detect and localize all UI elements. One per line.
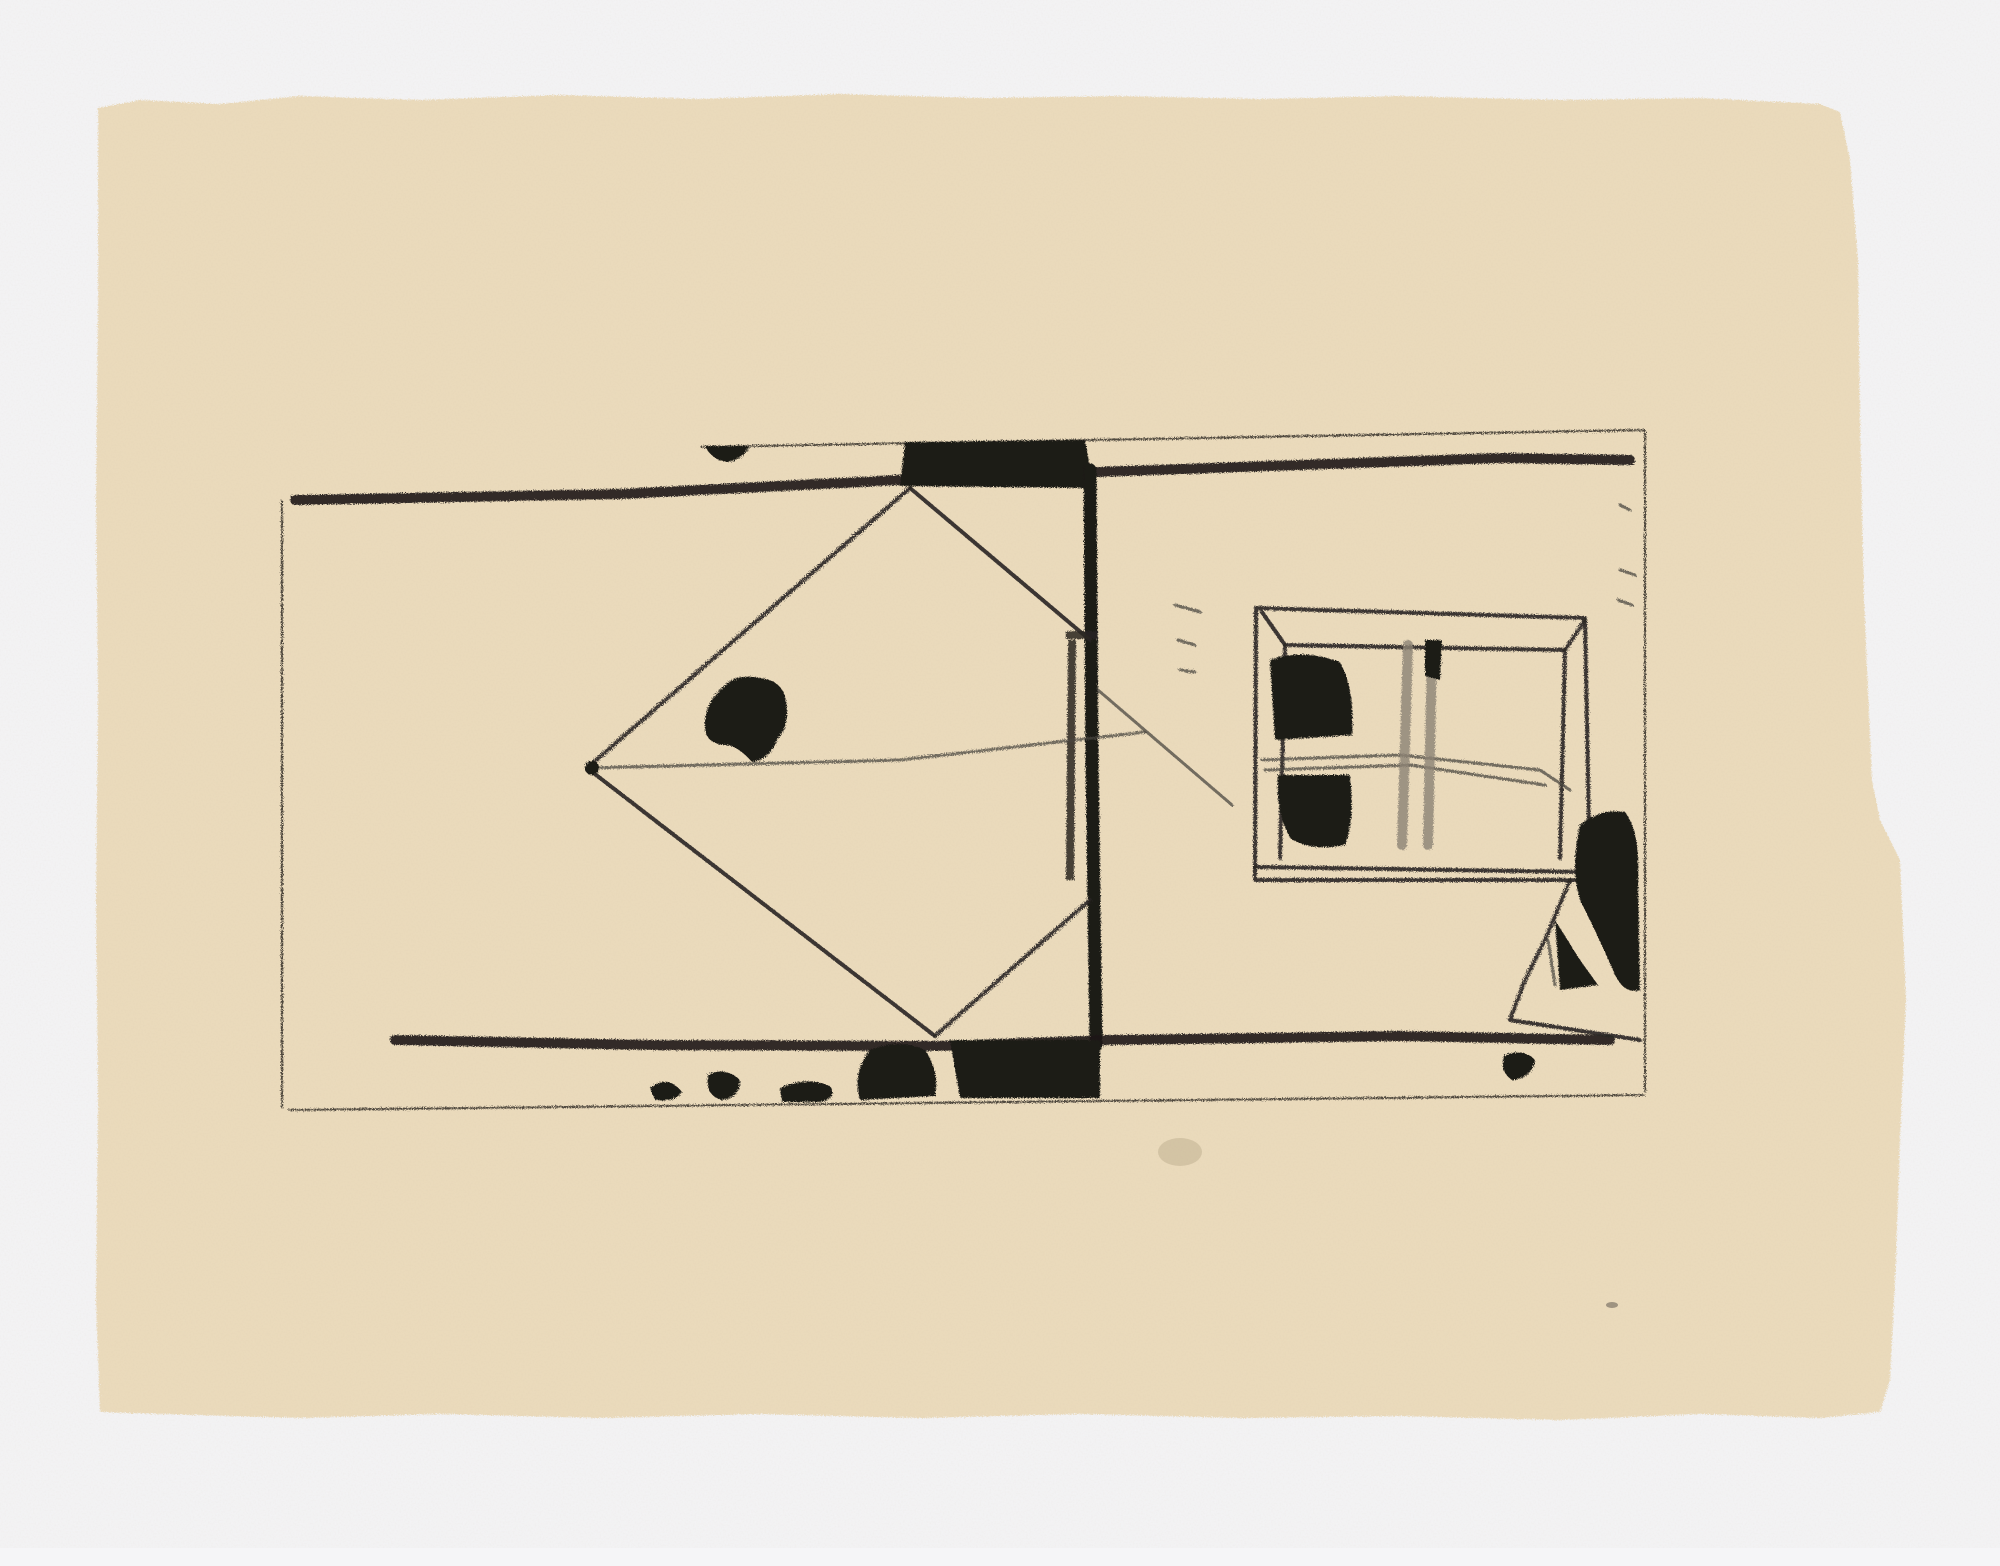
- paper-sheet: [96, 94, 1906, 1420]
- artwork-photograph: [0, 0, 2000, 1566]
